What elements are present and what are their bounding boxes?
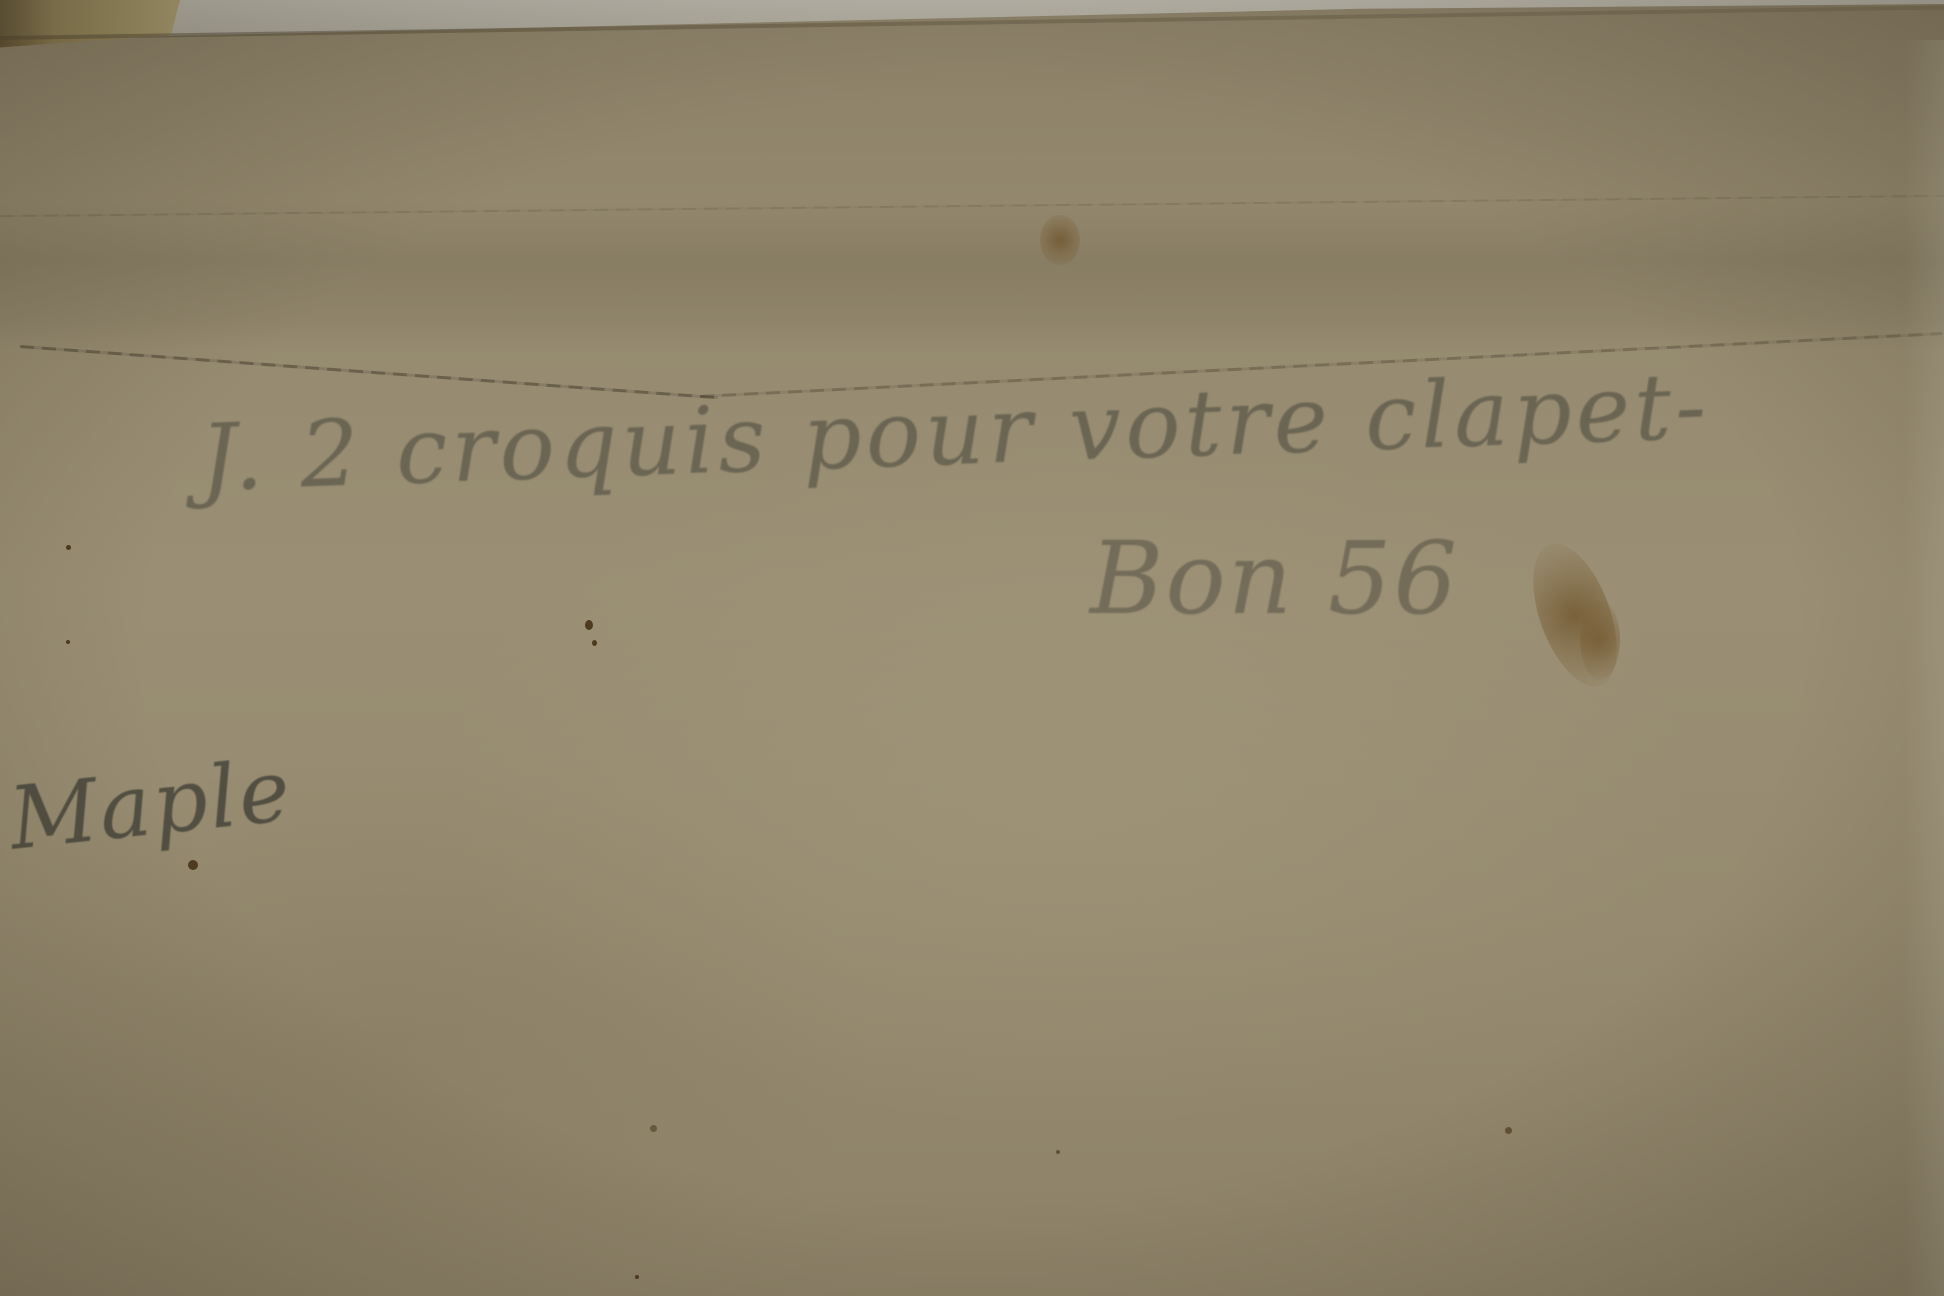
stain — [1580, 600, 1620, 680]
paper-right-edge — [1904, 40, 1944, 1296]
handwritten-word: Maple — [5, 741, 297, 870]
speck — [592, 640, 597, 646]
speck — [1056, 1150, 1060, 1154]
speck — [66, 545, 71, 550]
speck — [635, 1275, 639, 1279]
speck — [585, 620, 593, 630]
corner-object — [0, 0, 180, 50]
fold-shadow — [0, 200, 1944, 350]
speck — [188, 860, 198, 870]
speck — [66, 640, 70, 644]
vignette — [0, 0, 1944, 1296]
handwritten-note: Bon 56 — [1090, 520, 1459, 637]
speck — [1505, 1127, 1512, 1134]
stain — [1040, 215, 1080, 265]
document-photo: J. 2 croquis pour votre clapet- Bon 56 M… — [0, 0, 1944, 1296]
speck — [650, 1125, 657, 1132]
